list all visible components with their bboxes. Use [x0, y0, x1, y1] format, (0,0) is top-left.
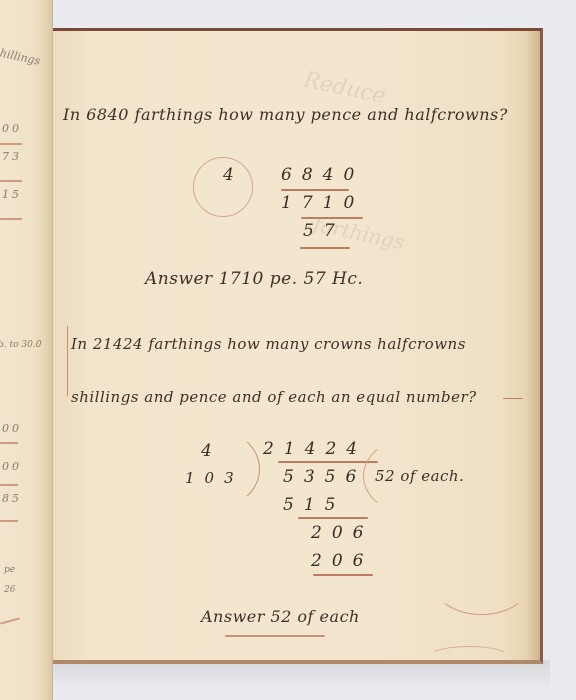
red-dash: [503, 398, 523, 399]
page-edge-shade: [526, 31, 540, 660]
problem-2-question-line-1: In 21424 farthings how many crowns halfc…: [71, 335, 466, 353]
margin-line: [67, 326, 68, 396]
red-underline: [225, 635, 325, 637]
problem-2-row-3: 206: [311, 523, 373, 543]
problem-2-divisor-1: 4: [201, 441, 222, 461]
problem-1-row-1: 1710: [281, 193, 364, 213]
left-page-rule: [0, 143, 22, 145]
left-page-text: b. to 30.0: [0, 340, 41, 350]
red-underline: [313, 574, 373, 576]
left-page-number: 73: [2, 150, 22, 163]
left-page-text: 26: [4, 585, 15, 595]
left-page-number: 15: [2, 188, 22, 201]
problem-2-side-note: 52 of each.: [375, 467, 464, 485]
problem-2-row-2: 515: [283, 495, 345, 515]
left-page: shillings 00 73 15 b. to 30.0 00 00 85 p…: [0, 0, 53, 700]
decorative-flourish: [428, 646, 510, 668]
left-page-rule: [0, 442, 18, 444]
left-page-number: 00: [2, 122, 22, 135]
problem-1-answer: Answer 1710 pe. 57 Hc.: [145, 269, 363, 289]
problem-2-row-4: 206: [311, 551, 373, 571]
left-page-number: 00: [2, 460, 22, 473]
problem-2-divisor-2: 103: [185, 469, 244, 487]
left-page-rule: [0, 520, 18, 522]
problem-2-answer: Answer 52 of each: [201, 607, 360, 626]
right-page: Reduce farthings In 6840 farthings how m…: [53, 28, 543, 664]
left-page-number: 00: [2, 422, 22, 435]
left-page-rule: [0, 180, 22, 182]
problem-1-row-2: 57: [303, 221, 345, 241]
decorative-flourish: [433, 551, 530, 615]
problem-1-question: In 6840 farthings how many pence and hal…: [63, 105, 508, 124]
left-page-number: 85: [2, 492, 22, 505]
red-underline: [300, 247, 350, 249]
red-underline: [281, 189, 349, 191]
problem-2-dividend: 21424: [263, 439, 367, 459]
left-page-rule: [0, 617, 20, 624]
red-underline: [298, 517, 368, 519]
problem-1-dividend: 6840: [281, 165, 364, 185]
left-page-word: shillings: [0, 45, 41, 67]
left-page-rule: [0, 218, 22, 220]
problem-2-question-line-2: shillings and pence and of each an equal…: [71, 388, 477, 406]
bleed-through-text: Reduce: [301, 68, 388, 110]
red-underline: [278, 461, 378, 463]
problem-1-divisor: 4: [223, 165, 244, 185]
left-page-rule: [0, 484, 18, 486]
left-page-text: pe: [4, 565, 15, 575]
red-underline: [301, 217, 363, 219]
problem-2-row-1: 5356: [283, 467, 366, 487]
